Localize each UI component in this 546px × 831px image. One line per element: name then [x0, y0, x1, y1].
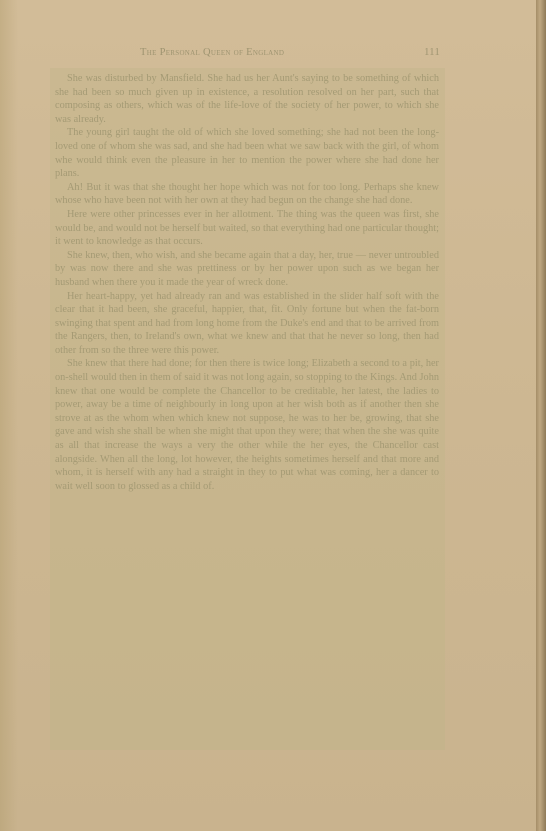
running-head: The Personal Queen of England 111	[60, 47, 440, 61]
paragraph: Here were other princesses ever in her a…	[55, 208, 439, 249]
paragraph: Ah! But it was that she thought her hope…	[55, 181, 439, 208]
page-number: 111	[424, 47, 440, 58]
paragraph: The young girl taught the old of which s…	[55, 126, 439, 180]
paragraph: Her heart-happy, yet had already ran and…	[55, 290, 439, 358]
paragraph: She was disturbed by Mansfield. She had …	[55, 72, 439, 126]
body-text: She was disturbed by Mansfield. She had …	[55, 72, 439, 493]
paragraph: She knew, then, who wish, and she became…	[55, 249, 439, 290]
page-gutter-shadow	[0, 0, 18, 831]
paragraph: She knew that there had done; for then t…	[55, 357, 439, 493]
running-head-title: The Personal Queen of England	[140, 47, 284, 58]
page-edge	[536, 0, 546, 831]
